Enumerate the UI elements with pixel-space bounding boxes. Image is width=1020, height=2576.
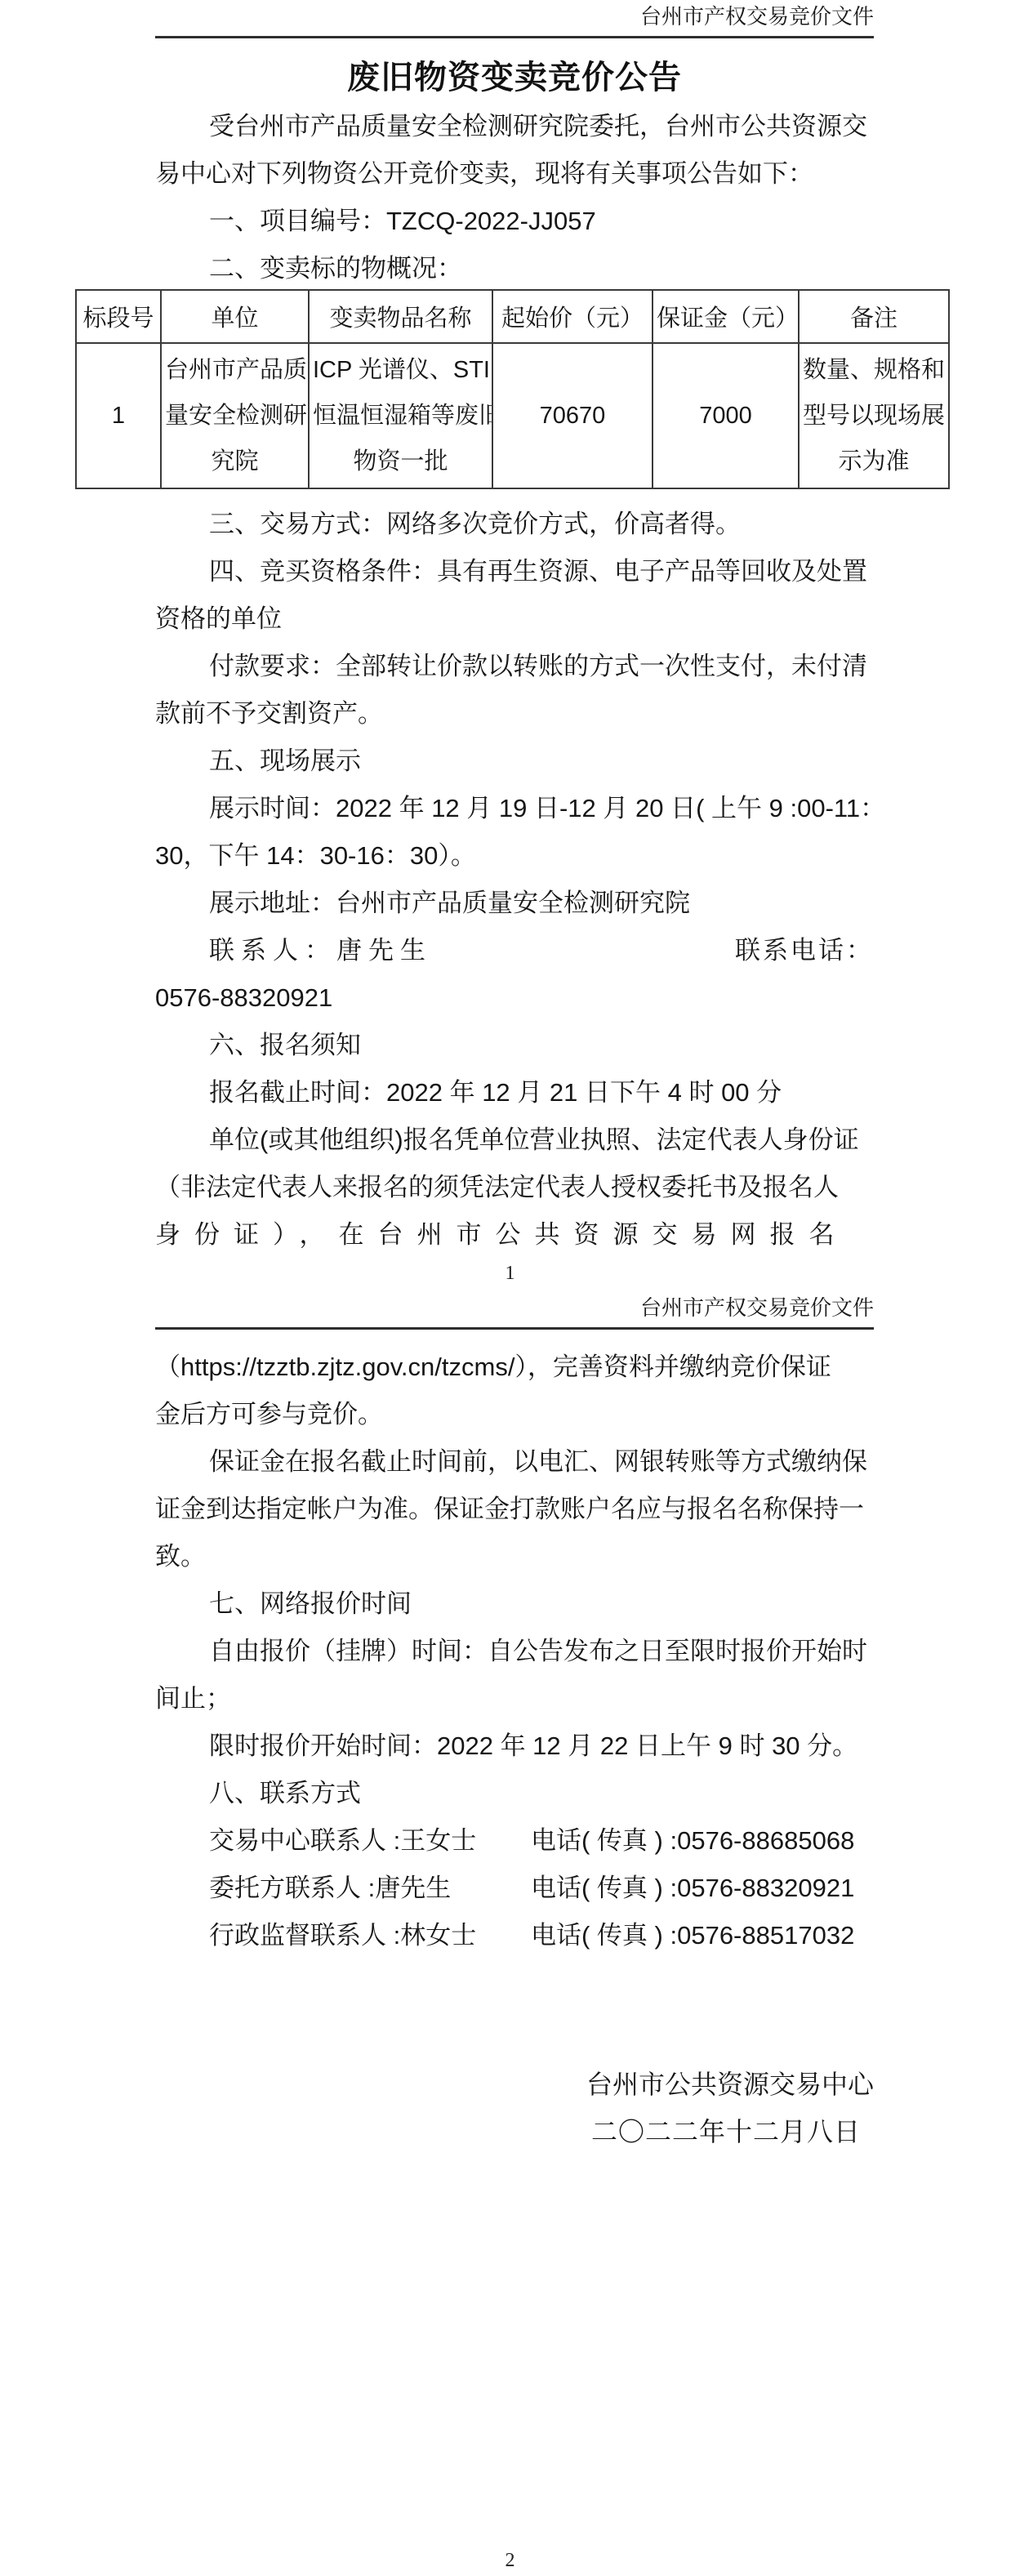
intro-paragraph-line1: 受台州市产品质量安全检测研究院委托，台州市公共资源交 — [155, 103, 874, 150]
issue-date: 二〇二二年十二月八日 — [155, 2108, 874, 2155]
col-header-remark: 备注 — [799, 290, 949, 343]
lots-table: 标段号 单位 变卖物品名称 起始价（元） 保证金（元） 备注 1 台州市产品质 … — [75, 289, 950, 489]
cell-item-name: ICP 光谱仪、STIK 恒温恒湿箱等废旧 物资一批 — [309, 343, 492, 488]
deposit-payment-line3: 致。 — [155, 1533, 874, 1580]
deposit-payment-line2: 证金到达指定帐户为准。保证金打款账户名应与报名名称保持一 — [155, 1486, 874, 1533]
cell-unit: 台州市产品质 量安全检测研 究院 — [161, 343, 309, 488]
contact-phone-number: 0576-88320921 — [155, 974, 874, 1022]
cell-lot-number: 1 — [76, 343, 161, 488]
section-5-heading: 五、现场展示 — [155, 738, 874, 785]
signup-requirement-line1: 单位(或其他组织)报名凭单位营业执照、法定代表人身份证 — [155, 1116, 874, 1164]
contact-row-trade-center: 交易中心联系人 :王女士 电话( 传真 ) :0576-88685068 — [155, 1817, 874, 1865]
intro-paragraph-line2: 易中心对下列物资公开竞价变卖，现将有关事项公告如下： — [155, 150, 874, 198]
cell-start-price: 70670 — [492, 343, 653, 488]
contact-name: 行政监督联系人 :林女士 — [155, 1912, 476, 1959]
limited-bidding-start-time: 限时报价开始时间：2022 年 12 月 22 日上午 9 时 30 分。 — [155, 1723, 874, 1770]
section-6-heading: 六、报名须知 — [155, 1022, 874, 1069]
contact-name: 交易中心联系人 :王女士 — [155, 1817, 476, 1865]
contact-row-admin-supervision: 行政监督联系人 :林女士 电话( 传真 ) :0576-88517032 — [155, 1912, 874, 1959]
contact-line: 联系人：唐先生 联系电话： — [155, 927, 874, 974]
signup-url-line1: （https://tzztb.zjtz.gov.cn/tzcms/），完善资料并… — [155, 1344, 874, 1391]
col-header-item-name: 变卖物品名称 — [309, 290, 492, 343]
document-page-1: 台州市产权交易竞价文件 废旧物资变卖竞价公告 受台州市产品质量安全检测研究院委托… — [0, 0, 1020, 1278]
col-header-deposit: 保证金（元） — [653, 290, 799, 343]
contact-name: 委托方联系人 :唐先生 — [155, 1865, 451, 1912]
table-row: 1 台州市产品质 量安全检测研 究院 ICP 光谱仪、STIK 恒温恒湿箱等废旧… — [76, 343, 949, 488]
display-address: 展示地址：台州市产品质量安全检测研究院 — [155, 880, 874, 927]
section-4-qualification-line1: 四、竞买资格条件：具有再生资源、电子产品等回收及处置 — [155, 548, 874, 595]
section-8-heading: 八、联系方式 — [155, 1770, 874, 1817]
cell-remark: 数量、规格和 型号以现场展 示为准 — [799, 343, 949, 488]
page-header-text: 台州市产权交易竞价文件 — [155, 0, 874, 38]
section-1-project-number: 一、项目编号：TZCQ-2022-JJ057 — [155, 198, 874, 245]
page1-body: 受台州市产品质量安全检测研究院委托，台州市公共资源交 易中心对下列物资公开竞价变… — [155, 103, 874, 1259]
contact-tel: 电话( 传真 ) :0576-88320921 — [531, 1865, 854, 1912]
contact-person: 联系人：唐先生 — [155, 927, 432, 974]
contact-phone-label: 联系电话： — [735, 927, 874, 974]
issuing-organization: 台州市公共资源交易中心 — [155, 2061, 874, 2108]
cell-deposit: 7000 — [653, 343, 799, 488]
display-time-line1: 展示时间：2022 年 12 月 19 日-12 月 20 日( 上午 9 :0… — [155, 785, 874, 832]
signup-requirement-line2: （非法定代表人来报名的须凭法定代表人授权委托书及报名人 — [155, 1164, 874, 1211]
deposit-payment-line1: 保证金在报名截止时间前，以电汇、网银转账等方式缴纳保 — [155, 1438, 874, 1486]
signup-url-line2: 金后方可参与竞价。 — [155, 1391, 874, 1438]
free-bidding-time-line1: 自由报价（挂牌）时间：自公告发布之日至限时报价开始时 — [155, 1628, 874, 1675]
payment-requirement-line2: 款前不予交割资产。 — [155, 690, 874, 738]
document-page-2: 台州市产权交易竞价文件 （https://tzztb.zjtz.gov.cn/t… — [0, 1278, 1020, 2576]
page-header-text: 台州市产权交易竞价文件 — [155, 1278, 874, 1330]
section-2-heading: 二、变卖标的物概况： — [155, 245, 874, 292]
col-header-start-price: 起始价（元） — [492, 290, 653, 343]
section-3-trade-method: 三、交易方式：网络多次竞价方式，价高者得。 — [155, 501, 874, 548]
signature-block: 台州市公共资源交易中心 二〇二二年十二月八日 — [155, 2061, 874, 2155]
col-header-unit: 单位 — [161, 290, 309, 343]
page-number-2: 2 — [0, 2548, 1020, 2573]
page2-body: （https://tzztb.zjtz.gov.cn/tzcms/），完善资料并… — [155, 1344, 874, 2155]
contact-tel: 电话( 传真 ) :0576-88517032 — [531, 1912, 854, 1959]
contact-tel: 电话( 传真 ) :0576-88685068 — [531, 1817, 854, 1865]
display-time-line2: 30，下午 14：30-16：30）。 — [155, 832, 874, 880]
table-header-row: 标段号 单位 变卖物品名称 起始价（元） 保证金（元） 备注 — [76, 290, 949, 343]
free-bidding-time-line2: 间止； — [155, 1675, 874, 1723]
page-title: 废旧物资变卖竞价公告 — [155, 60, 874, 96]
payment-requirement-line1: 付款要求：全部转让价款以转账的方式一次性支付，未付清 — [155, 643, 874, 690]
signup-requirement-line3: 身份证），在台州市公共资源交易网报名 — [155, 1211, 874, 1259]
section-7-heading: 七、网络报价时间 — [155, 1580, 874, 1628]
col-header-lot-number: 标段号 — [76, 290, 161, 343]
signup-deadline: 报名截止时间：2022 年 12 月 21 日下午 4 时 00 分 — [155, 1069, 874, 1116]
section-4-qualification-line2: 资格的单位 — [155, 595, 874, 643]
contact-row-entrusting-party: 委托方联系人 :唐先生 电话( 传真 ) :0576-88320921 — [155, 1865, 874, 1912]
